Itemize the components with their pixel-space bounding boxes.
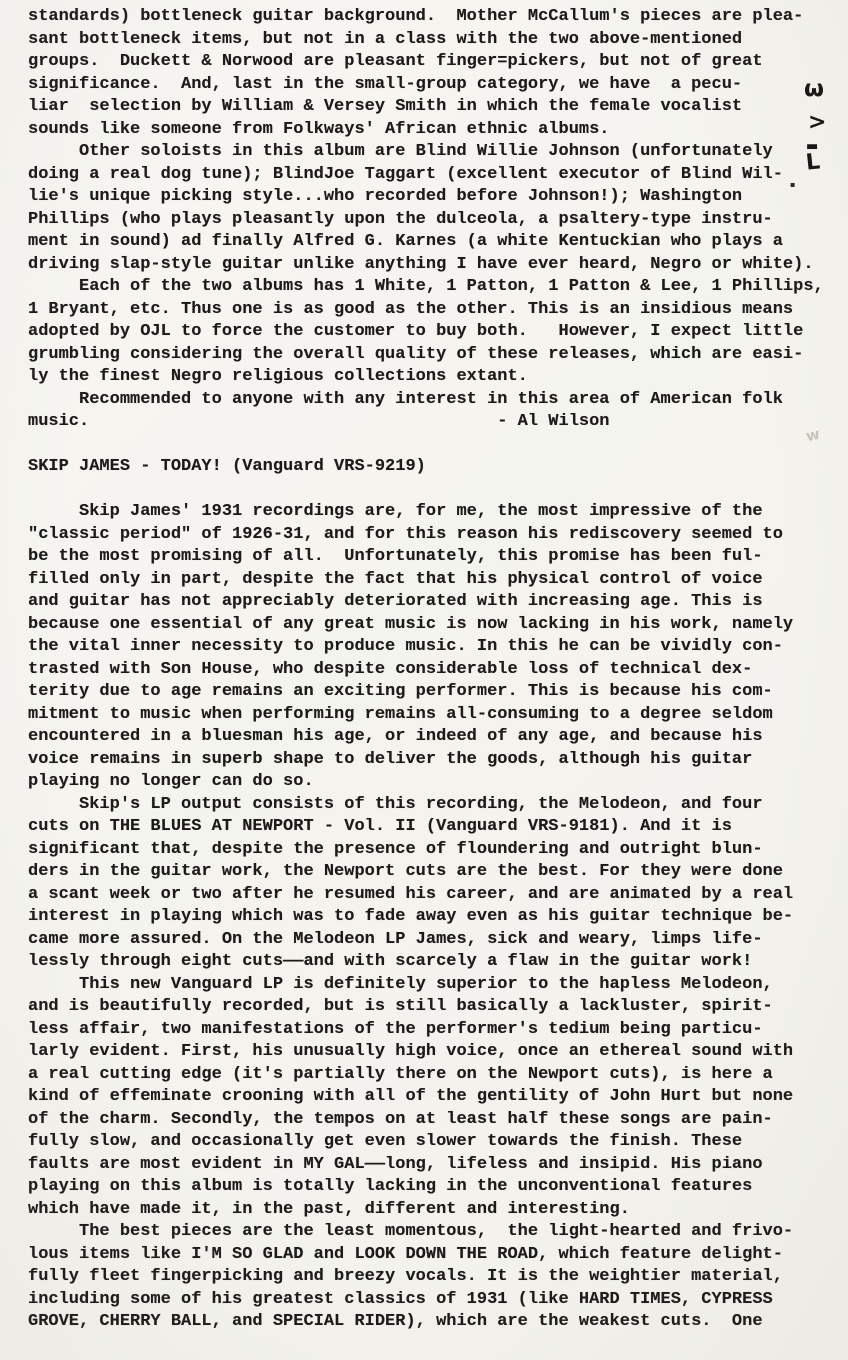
text-line: liar selection by William & Versey Smith… — [28, 96, 824, 119]
text-line: adopted by OJL to force the customer to … — [28, 321, 824, 344]
margin-mark-2-icon: > — [808, 112, 826, 134]
text-line: lessly through eight cuts——and with scar… — [28, 951, 824, 974]
text-line: ly the finest Negro religious collection… — [28, 366, 824, 389]
text-line: Other soloists in this album are Blind W… — [28, 141, 824, 164]
text-line: terity due to age remains an exciting pe… — [28, 681, 824, 704]
text-line: ment in sound) ad finally Alfred G. Karn… — [28, 231, 824, 254]
faint-smudge-icon: w — [805, 427, 822, 445]
text-line: ders in the guitar work, the Newport cut… — [28, 861, 824, 884]
text-line: Recommended to anyone with any interest … — [28, 389, 824, 412]
margin-mark-4-icon: L — [805, 151, 821, 174]
text-line: playing no longer can do so. — [28, 771, 824, 794]
text-line: fully slow, and occasionally get even sl… — [28, 1131, 824, 1154]
blank-line — [28, 479, 824, 502]
text-line: trasted with Son House, who despite cons… — [28, 659, 824, 682]
text-line: playing on this album is totally lacking… — [28, 1176, 824, 1199]
text-line: and guitar has not appreciably deteriora… — [28, 591, 824, 614]
text-line: encountered in a bluesman his age, or in… — [28, 726, 824, 749]
text-line: fully fleet fingerpicking and breezy voc… — [28, 1266, 824, 1289]
text-line: lie's unique picking style...who recorde… — [28, 186, 824, 209]
text-line: came more assured. On the Melodeon LP Ja… — [28, 929, 824, 952]
text-line: significant that, despite the presence o… — [28, 839, 824, 862]
text-line: The best pieces are the least momentous,… — [28, 1221, 824, 1244]
text-line: voice remains in superb shape to deliver… — [28, 749, 824, 772]
text-line: which have made it, in the past, differe… — [28, 1199, 824, 1222]
text-line: Skip James' 1931 recordings are, for me,… — [28, 501, 824, 524]
text-line: of the charm. Secondly, the tempos on at… — [28, 1109, 824, 1132]
text-line: music. - Al Wilson — [28, 411, 824, 434]
text-line: doing a real dog tune); BlindJoe Taggart… — [28, 164, 824, 187]
text-line: significance. And, last in the small-gro… — [28, 74, 824, 97]
text-line: cuts on THE BLUES AT NEWPORT - Vol. II (… — [28, 816, 824, 839]
text-line: sant bottleneck items, but not in a clas… — [28, 29, 824, 52]
text-line: filled only in part, despite the fact th… — [28, 569, 824, 592]
text-line: and is beautifully recorded, but is stil… — [28, 996, 824, 1019]
blank-line — [28, 434, 824, 457]
text-line: lous items like I'M SO GLAD and LOOK DOW… — [28, 1244, 824, 1267]
text-line: grumbling considering the overall qualit… — [28, 344, 824, 367]
text-line: Skip's LP output consists of this record… — [28, 794, 824, 817]
text-line: a scant week or two after he resumed his… — [28, 884, 824, 907]
text-line: interest in playing which was to fade aw… — [28, 906, 824, 929]
text-line: standards) bottleneck guitar background.… — [28, 6, 824, 29]
text-line: less affair, two manifestations of the p… — [28, 1019, 824, 1042]
text-line: This new Vanguard LP is definitely super… — [28, 974, 824, 997]
text-line: including some of his greatest classics … — [28, 1289, 824, 1312]
text-line: Each of the two albums has 1 White, 1 Pa… — [28, 276, 824, 299]
text-line: larly evident. First, his unusually high… — [28, 1041, 824, 1064]
text-line: the vital inner necessity to produce mus… — [28, 636, 824, 659]
text-line: GROVE, CHERRY BALL, and SPECIAL RIDER), … — [28, 1311, 824, 1334]
document-page: standards) bottleneck guitar background.… — [0, 0, 848, 1360]
margin-mark-1-icon: ω — [804, 78, 824, 101]
text-line: because one essential of any great music… — [28, 614, 824, 637]
text-line: Phillips (who plays pleasantly upon the … — [28, 209, 824, 232]
text-line: driving slap-style guitar unlike anythin… — [28, 254, 824, 277]
typewritten-text: standards) bottleneck guitar background.… — [28, 6, 824, 1334]
text-line: be the most promising of all. Unfortunat… — [28, 546, 824, 569]
text-line: "classic period" of 1926-31, and for thi… — [28, 524, 824, 547]
text-line: mitment to music when performing remains… — [28, 704, 824, 727]
text-line: sounds like someone from Folkways' Afric… — [28, 119, 824, 142]
text-line: groups. Duckett & Norwood are pleasant f… — [28, 51, 824, 74]
margin-mark-5-icon: ▪ — [790, 181, 795, 189]
text-line: a real cutting edge (it's partially ther… — [28, 1064, 824, 1087]
review-section-heading: SKIP JAMES - TODAY! (Vanguard VRS-9219) — [28, 456, 824, 479]
text-line: 1 Bryant, etc. Thus one is as good as th… — [28, 299, 824, 322]
text-line: kind of effeminate crooning with all of … — [28, 1086, 824, 1109]
text-line: faults are most evident in MY GAL——long,… — [28, 1154, 824, 1177]
